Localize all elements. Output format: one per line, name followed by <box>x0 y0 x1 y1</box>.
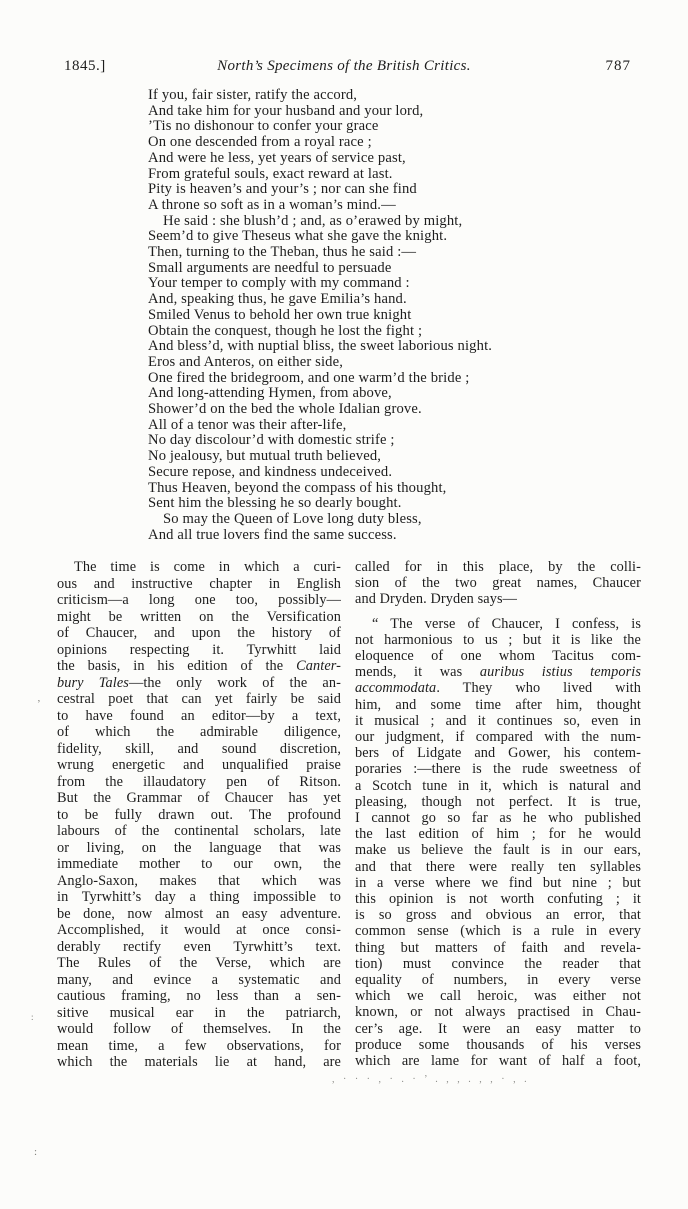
prose-line: criticism—a long one too, possibly— <box>57 592 341 609</box>
prose-line: sitive musical ear in the patriarch, <box>57 1005 341 1022</box>
prose-line: tion) must convince the reader that <box>355 956 641 972</box>
page-header: 1845.] North’s Specimens of the British … <box>0 58 688 80</box>
prose-line: known, or not always practised in Chau- <box>355 1004 641 1020</box>
prose-line: cautious framing, no less than a sen- <box>57 988 341 1005</box>
poem-line: And, speaking thus, he gave Emilia’s han… <box>148 292 618 308</box>
paragraph: called for in this place, by the colli-s… <box>355 559 641 608</box>
prose-line: opinions respecting it. Tyrwhitt laid <box>57 642 341 659</box>
prose-line: mends, it was auribus istius temporis <box>355 664 641 680</box>
text-columns: The time is come in which a curi-ous and… <box>57 559 641 1071</box>
prose-line: Anglo-Saxon, makes that which was <box>57 873 341 890</box>
prose-line: accommodata. They who lived with <box>355 680 641 696</box>
prose-line: this opinion is not worth confuting ; it <box>355 891 641 907</box>
paragraph: “ The verse of Chaucer, I confess, isnot… <box>355 616 641 1070</box>
prose-line: the last edition of him ; for he would <box>355 826 641 842</box>
header-title: North’s Specimens of the British Critics… <box>0 58 688 75</box>
prose-line: ous and instructive chapter in English <box>57 576 341 593</box>
poem-line: Smiled Venus to behold her own true knig… <box>148 308 618 324</box>
scan-artifact-bottom-row: , · · · , · . · ’ . , , . , , · , . <box>332 1074 642 1085</box>
poem-line: On one descended from a royal race ; <box>148 135 618 151</box>
scan-artifact-mark: : <box>34 1146 37 1158</box>
prose-line: from the illaudatory pen of Ritson. <box>57 774 341 791</box>
prose-line: which we call heroic, was either not <box>355 988 641 1004</box>
prose-line: called for in this place, by the colli- <box>355 559 641 575</box>
prose-line: equality of numbers, in every verse <box>355 972 641 988</box>
poem-line: All of a tenor was their after-life, <box>148 418 618 434</box>
prose-line: to be fully drawn out. The profound <box>57 807 341 824</box>
column-right: called for in this place, by the colli-s… <box>355 559 641 1071</box>
prose-line: bury Tales—the only work of the an- <box>57 675 341 692</box>
poem-line: So may the Queen of Love long duty bless… <box>148 512 618 528</box>
column-left: The time is come in which a curi-ous and… <box>57 559 341 1071</box>
prose-line: cestral poet that can yet fairly be said <box>57 691 341 708</box>
scan-artifact-mark: : <box>31 1012 34 1022</box>
poem-line: Then, turning to the Theban, thus he sai… <box>148 245 618 261</box>
poem-line: He said : she blush’d ; and, as o’erawed… <box>148 214 618 230</box>
paragraph: The time is come in which a curi-ous and… <box>57 559 341 1071</box>
prose-line: pleasing, though not perfect. It is true… <box>355 794 641 810</box>
prose-line: labours of the continental scholars, lat… <box>57 823 341 840</box>
prose-line: which are lame for want of half a foot, <box>355 1053 641 1069</box>
prose-line: would follow of themselves. In the <box>57 1021 341 1038</box>
prose-line: the basis, in his edition of the Canter- <box>57 658 341 675</box>
poem-line: Sent him the blessing he so dearly bough… <box>148 496 618 512</box>
prose-line: cer’s age. It were an easy matter to <box>355 1021 641 1037</box>
header-page-number: 787 <box>606 58 632 75</box>
prose-line: The Rules of the Verse, which are <box>57 955 341 972</box>
prose-line: fidelity, skill, and sound discretion, <box>57 741 341 758</box>
prose-line: “ The verse of Chaucer, I confess, is <box>355 616 641 632</box>
poem: If you, fair sister, ratify the accord,A… <box>148 88 618 543</box>
poem-line: Seem’d to give Theseus what she gave the… <box>148 229 618 245</box>
poem-line: ’Tis no dishonour to confer your grace <box>148 119 618 135</box>
poem-line: One fired the bridegroom, and one warm’d… <box>148 371 618 387</box>
prose-line: common sense (which is a rule in every <box>355 923 641 939</box>
poem-line: And all true lovers find the same succes… <box>148 528 618 544</box>
prose-line: a Scotch tune in it, which is natural an… <box>355 778 641 794</box>
poem-line: No day discolour’d with domestic strife … <box>148 433 618 449</box>
poem-line: Obtain the conquest, though he lost the … <box>148 324 618 340</box>
prose-line: it musical ; and it continues so, even i… <box>355 713 641 729</box>
prose-line: and that there were really ten syllables <box>355 859 641 875</box>
poem-line: Small arguments are needful to persuade <box>148 261 618 277</box>
prose-line: or living, on the language that was <box>57 840 341 857</box>
poem-line: And take him for your husband and your l… <box>148 104 618 120</box>
prose-line: make us believe the fault is in our ears… <box>355 842 641 858</box>
prose-line: produce some thousands of his verses <box>355 1037 641 1053</box>
scanned-page: 1845.] North’s Specimens of the British … <box>0 0 688 1209</box>
poem-line: From grateful souls, exact reward at las… <box>148 167 618 183</box>
prose-line: I cannot go so far as he who published <box>355 810 641 826</box>
prose-line: thing but matters of faith and revela- <box>355 940 641 956</box>
prose-line: and Dryden. Dryden says— <box>355 591 641 607</box>
poem-line: And long-attending Hymen, from above, <box>148 386 618 402</box>
prose-line: many, and evince a systematic and <box>57 972 341 989</box>
poem-line: Secure repose, and kindness undeceived. <box>148 465 618 481</box>
prose-line: But the Grammar of Chaucer has yet <box>57 790 341 807</box>
prose-line: our judgment, if compared with the num- <box>355 729 641 745</box>
poem-line: Thus Heaven, beyond the compass of his t… <box>148 481 618 497</box>
prose-line: in a verse where we find but nine ; but <box>355 875 641 891</box>
poem-line: Your temper to comply with my command : <box>148 276 618 292</box>
prose-line: Accomplished, it would at once consi- <box>57 922 341 939</box>
poem-line: And were he less, yet years of service p… <box>148 151 618 167</box>
poem-line: Pity is heaven’s and your’s ; nor can sh… <box>148 182 618 198</box>
prose-line: sion of the two great names, Chaucer <box>355 575 641 591</box>
poem-line: Eros and Anteros, on either side, <box>148 355 618 371</box>
poem-line: Shower’d on the bed the whole Idalian gr… <box>148 402 618 418</box>
prose-line: immediate mother to our own, the <box>57 856 341 873</box>
prose-line: might be written on the Versification <box>57 609 341 626</box>
prose-line: him, and some time after him, thought <box>355 697 641 713</box>
prose-line: wrung energetic and unqualified praise <box>57 757 341 774</box>
prose-line: which the materials lie at hand, are <box>57 1054 341 1071</box>
poem-line: No jealousy, but mutual truth believed, <box>148 449 618 465</box>
prose-line: bers of Lidgate and Gower, his contem- <box>355 745 641 761</box>
prose-line: of which the admirable diligence, <box>57 724 341 741</box>
prose-line: The time is come in which a curi- <box>57 559 341 576</box>
prose-line: mean time, a few observations, for <box>57 1038 341 1055</box>
prose-line: of Chaucer, and upon the history of <box>57 625 341 642</box>
scan-artifact-mark: ’ <box>37 698 41 710</box>
prose-line: derably rectify even Tyrwhitt’s text. <box>57 939 341 956</box>
prose-line: be done, now almost an easy adventure. <box>57 906 341 923</box>
prose-line: in Tyrwhitt’s day a thing impossible to <box>57 889 341 906</box>
prose-line: is so gross and obvious an error, that <box>355 907 641 923</box>
prose-line: eloquence of one whom Tacitus com- <box>355 648 641 664</box>
prose-line: not harmonious to us ; but it is like th… <box>355 632 641 648</box>
poem-line: A throne so soft as in a woman’s mind.— <box>148 198 618 214</box>
poem-line: And bless’d, with nuptial bliss, the swe… <box>148 339 618 355</box>
poem-line: If you, fair sister, ratify the accord, <box>148 88 618 104</box>
prose-line: poraries :—there is the rude sweetness o… <box>355 761 641 777</box>
prose-line: to have found an editor—by a text, <box>57 708 341 725</box>
